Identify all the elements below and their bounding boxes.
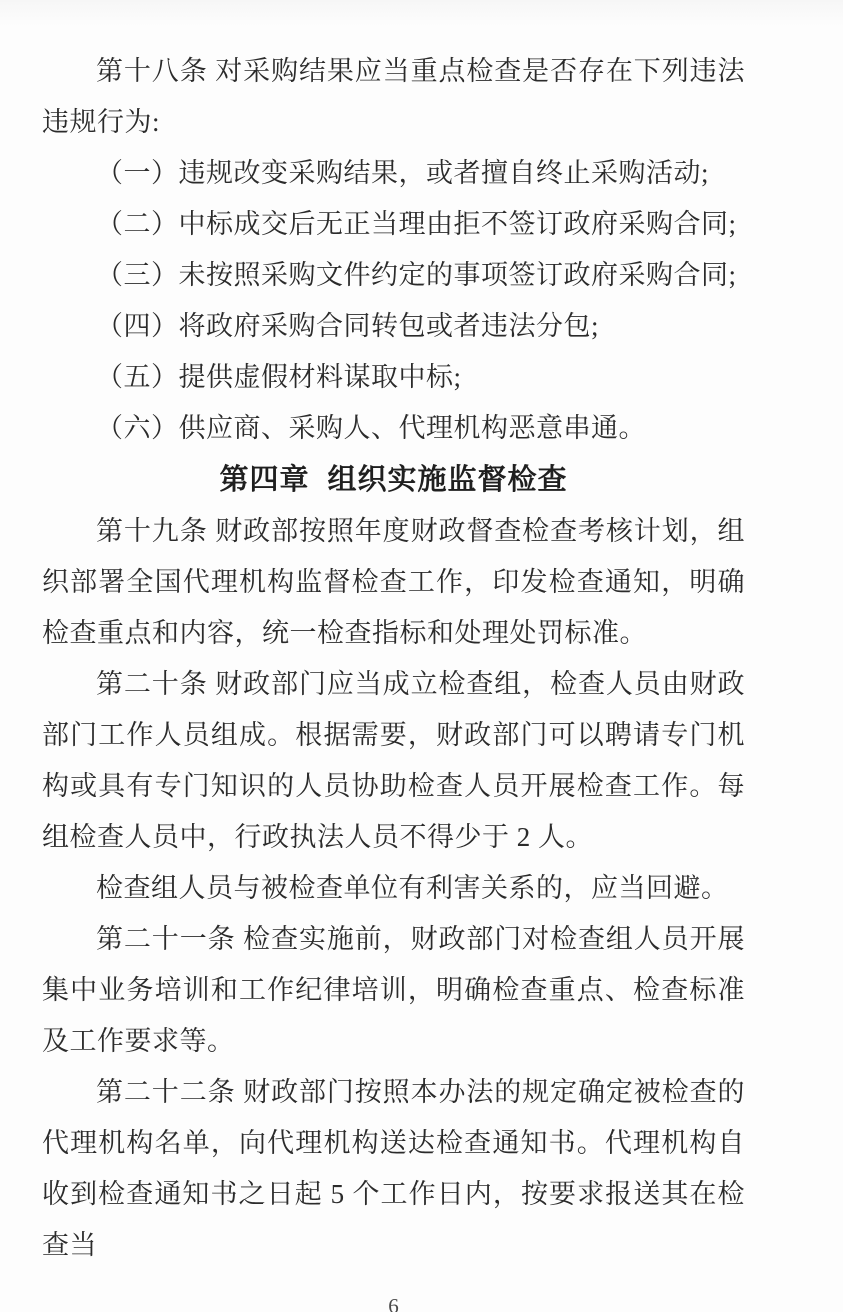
document-body: 第十八条 对采购结果应当重点检查是否存在下列违法违规行为: （一）违规改变采购结…	[0, 0, 843, 1312]
list-item-5: （五）提供虚假材料谋取中标;	[42, 352, 745, 403]
list-item-3: （三）未按照采购文件约定的事项签订政府采购合同;	[42, 250, 745, 301]
document-page: 第十八条 对采购结果应当重点检查是否存在下列违法违规行为: （一）违规改变采购结…	[0, 0, 843, 1312]
list-item-4: （四）将政府采购合同转包或者违法分包;	[42, 301, 745, 352]
page-number: 6	[42, 1293, 745, 1312]
paragraph-article-18: 第十八条 对采购结果应当重点检查是否存在下列违法违规行为:	[42, 46, 745, 148]
paragraph-recusal-rule: 检查组人员与被检查单位有利害关系的，应当回避。	[42, 863, 745, 914]
paragraph-article-20: 第二十条 财政部门应当成立检查组，检查人员由财政部门工作人员组成。根据需要，财政…	[42, 659, 745, 863]
paragraph-article-21: 第二十一条 检查实施前，财政部门对检查组人员开展集中业务培训和工作纪律培训，明确…	[42, 914, 745, 1067]
chapter-heading: 第四章 组织实施监督检查	[42, 454, 745, 506]
list-item-2: （二）中标成交后无正当理由拒不签订政府采购合同;	[42, 199, 745, 250]
paragraph-article-22: 第二十二条 财政部门按照本办法的规定确定被检查的代理机构名单，向代理机构送达检查…	[42, 1067, 745, 1271]
list-item-6: （六）供应商、采购人、代理机构恶意串通。	[42, 403, 745, 454]
paragraph-article-19: 第十九条 财政部按照年度财政督查检查考核计划，组织部署全国代理机构监督检查工作，…	[42, 506, 745, 659]
list-item-1: （一）违规改变采购结果，或者擅自终止采购活动;	[42, 148, 745, 199]
